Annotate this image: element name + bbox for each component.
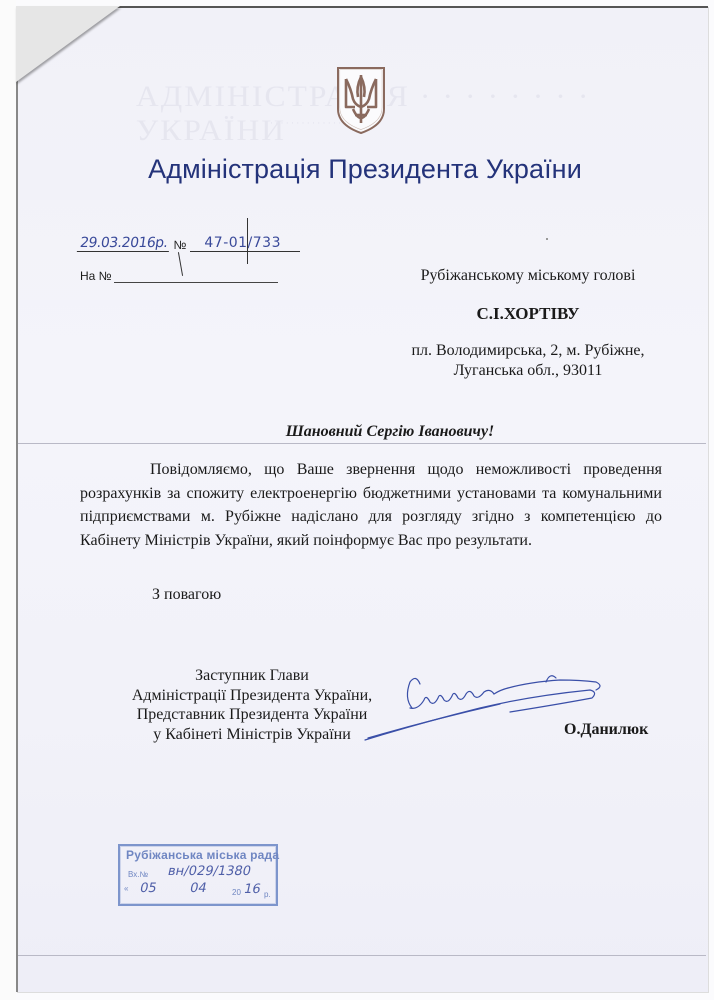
signatory-name: О.Данилюк (564, 721, 648, 739)
stamp-year: 16 (242, 882, 262, 897)
stamp-incoming-number: вн/029/1380 (166, 864, 252, 879)
reply-reference: На № (80, 268, 278, 283)
trident-coat-of-arms-icon (335, 65, 387, 135)
pen-stroke (247, 218, 248, 264)
paper-fold-line (18, 955, 706, 956)
paper-fold-line (18, 443, 706, 444)
signatory-title: Заступник Глави Адміністрації Президента… (112, 666, 392, 744)
show-through-text: АДМІНІСТРАЦІЯ · · · · · · · · УКРАЇНИ (136, 80, 714, 148)
addressee-position: Рубіжанському міському голові (378, 266, 678, 286)
stamp-organization: Рубіжанська міська рада (126, 848, 279, 862)
letter-number: 47-01/733 (190, 235, 300, 252)
organization-title: Адміністрація Президента України (0, 154, 714, 185)
addressee-address-line2: Луганська обл., 93011 (378, 361, 678, 381)
signatory-title-line: Адміністрації Президента України, (112, 686, 392, 706)
incoming-registration-stamp: Рубіжанська міська рада Вх.№ вн/029/1380… (118, 844, 278, 906)
salutation: Шановний Сергію Івановичу! (0, 423, 714, 441)
stamp-day: 05 (138, 881, 158, 896)
reply-to-label: На № (80, 269, 112, 283)
letter-body: Повідомляємо, що Ваше звернення щодо нем… (80, 458, 662, 552)
closing-phrase: З повагою (152, 586, 221, 604)
signatory-title-line: у Кабінеті Міністрів України (112, 725, 392, 745)
stamp-month: 04 (188, 881, 208, 896)
stamp-day-label: « (124, 884, 128, 893)
reply-to-blank (114, 268, 278, 283)
letter-date: 29.03.2016р. (77, 235, 171, 252)
signatory-title-line: Представник Президента України (112, 705, 392, 725)
stamp-incoming-label: Вх.№ (128, 870, 148, 879)
outgoing-registration: 29.03.2016р. № 47-01/733 (78, 235, 300, 252)
stamp-year-suffix: р. (264, 890, 271, 899)
stamp-year-prefix: 20 (232, 888, 241, 897)
speck (546, 238, 548, 240)
number-label: № (174, 238, 187, 252)
folded-corner (16, 6, 120, 82)
addressee-address-line1: пл. Володимирська, 2, м. Рубіжне, (378, 341, 678, 361)
addressee-block: Рубіжанському міському голові С.І.ХОРТІВ… (378, 266, 678, 381)
addressee-name: С.І.ХОРТІВУ (378, 304, 678, 324)
signatory-title-line: Заступник Глави (112, 666, 392, 686)
scan-margin (0, 0, 16, 1000)
